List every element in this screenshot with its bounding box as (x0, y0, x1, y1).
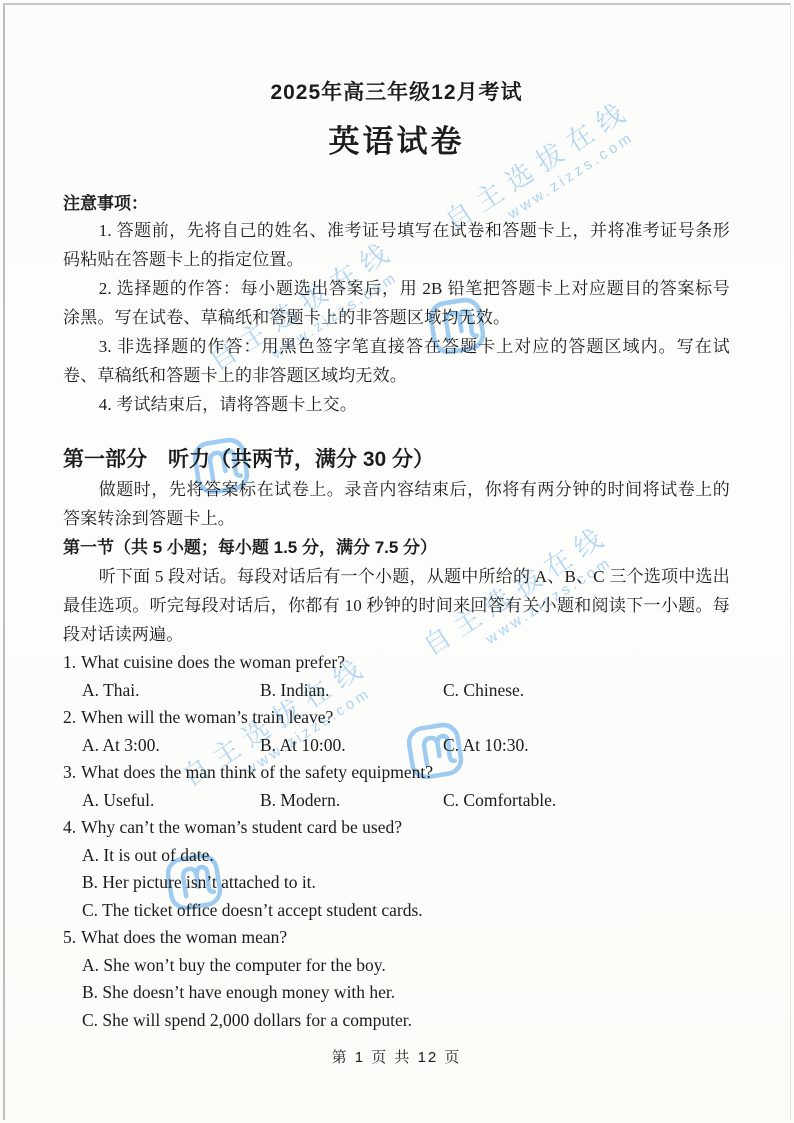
part1-intro: 做题时，先将答案标在试卷上。录音内容结束后，你将有两分钟的时间将试卷上的答案转涂… (63, 475, 730, 533)
answer-options: A. She won’t buy the computer for the bo… (63, 952, 730, 1035)
notice-item: 1. 答题前，先将自己的姓名、准考证号填写在试卷和答题卡上，并将准考证号条形码粘… (63, 216, 730, 274)
answer-option: B. Indian. (260, 677, 443, 705)
question-number: 5. (63, 927, 76, 947)
question-line: 1.What cuisine does the woman prefer? (63, 649, 730, 677)
question-line: 4.Why can’t the woman’s student card be … (63, 814, 730, 842)
answer-option: B. At 10:00. (260, 732, 443, 760)
answer-option: A. It is out of date. (82, 842, 730, 870)
page-footer: 第 1 页 共 12 页 (63, 1047, 730, 1069)
answer-options: A. At 3:00.B. At 10:00.C. At 10:30. (63, 732, 730, 760)
answer-option: C. At 10:30. (443, 732, 730, 760)
question-item: 2.When will the woman’s train leave? A. … (63, 704, 730, 759)
notice-item: 3. 非选择题的作答：用黑色签字笔直接答在答题卡上对应的答题区域内。写在试卷、草… (63, 332, 730, 390)
document-content: 2025年高三年级12月考试 英语试卷 注意事项： 1. 答题前，先将自己的姓名… (63, 80, 730, 1069)
answer-options: A. Thai.B. Indian.C. Chinese. (63, 677, 730, 705)
answer-options: A. It is out of date.B. Her picture isn’… (63, 842, 730, 925)
question-item: 1.What cuisine does the woman prefer? A.… (63, 649, 730, 704)
question-line: 3.What does the man think of the safety … (63, 759, 730, 787)
notice-heading: 注意事项： (63, 192, 730, 216)
question-item: 4.Why can’t the woman’s student card be … (63, 814, 730, 924)
answer-option: A. At 3:00. (82, 732, 260, 760)
question-item: 5.What does the woman mean? A. She won’t… (63, 924, 730, 1034)
answer-option: C. She will spend 2,000 dollars for a co… (82, 1007, 730, 1035)
question-text: Why can’t the woman’s student card be us… (81, 817, 402, 837)
question-number: 4. (63, 817, 76, 837)
exam-paper-scan: 自主选拔在线 www.zizzs.com 自主选拔在线 www.zizzs.co… (0, 0, 794, 1123)
question-number: 3. (63, 762, 76, 782)
answer-option: C. Chinese. (443, 677, 730, 705)
question-list: 1.What cuisine does the woman prefer? A.… (63, 649, 730, 1034)
answer-option: B. Her picture isn’t attached to it. (82, 869, 730, 897)
answer-option: A. Thai. (82, 677, 260, 705)
exam-session-title: 2025年高三年级12月考试 (63, 80, 730, 106)
question-number: 2. (63, 707, 76, 727)
section1-heading: 第一节（共 5 小题；每小题 1.5 分，满分 7.5 分） (63, 533, 730, 562)
notice-list: 1. 答题前，先将自己的姓名、准考证号填写在试卷和答题卡上，并将准考证号条形码粘… (63, 216, 730, 419)
answer-option: C. The ticket office doesn’t accept stud… (82, 897, 730, 925)
answer-option: C. Comfortable. (443, 787, 730, 815)
notice-item: 4. 考试结束后，请将答题卡上交。 (63, 390, 730, 419)
section1-intro: 听下面 5 段对话。每段对话后有一个小题，从题中所给的 A、B、C 三个选项中选… (63, 562, 730, 649)
question-item: 3.What does the man think of the safety … (63, 759, 730, 814)
question-text: What cuisine does the woman prefer? (81, 652, 345, 672)
answer-option: B. Modern. (260, 787, 443, 815)
part1-heading: 第一部分 听力（共两节，满分 30 分） (63, 445, 730, 475)
answer-option: B. She doesn’t have enough money with he… (82, 979, 730, 1007)
answer-options: A. Useful.B. Modern.C. Comfortable. (63, 787, 730, 815)
question-text: When will the woman’s train leave? (81, 707, 333, 727)
paper-title: 英语试卷 (63, 122, 730, 162)
answer-option: A. She won’t buy the computer for the bo… (82, 952, 730, 980)
answer-option: A. Useful. (82, 787, 260, 815)
question-text: What does the man think of the safety eq… (81, 762, 433, 782)
question-line: 5.What does the woman mean? (63, 924, 730, 952)
notice-item: 2. 选择题的作答：每小题选出答案后，用 2B 铅笔把答题卡上对应题目的答案标号… (63, 274, 730, 332)
question-line: 2.When will the woman’s train leave? (63, 704, 730, 732)
question-number: 1. (63, 652, 76, 672)
question-text: What does the woman mean? (81, 927, 287, 947)
